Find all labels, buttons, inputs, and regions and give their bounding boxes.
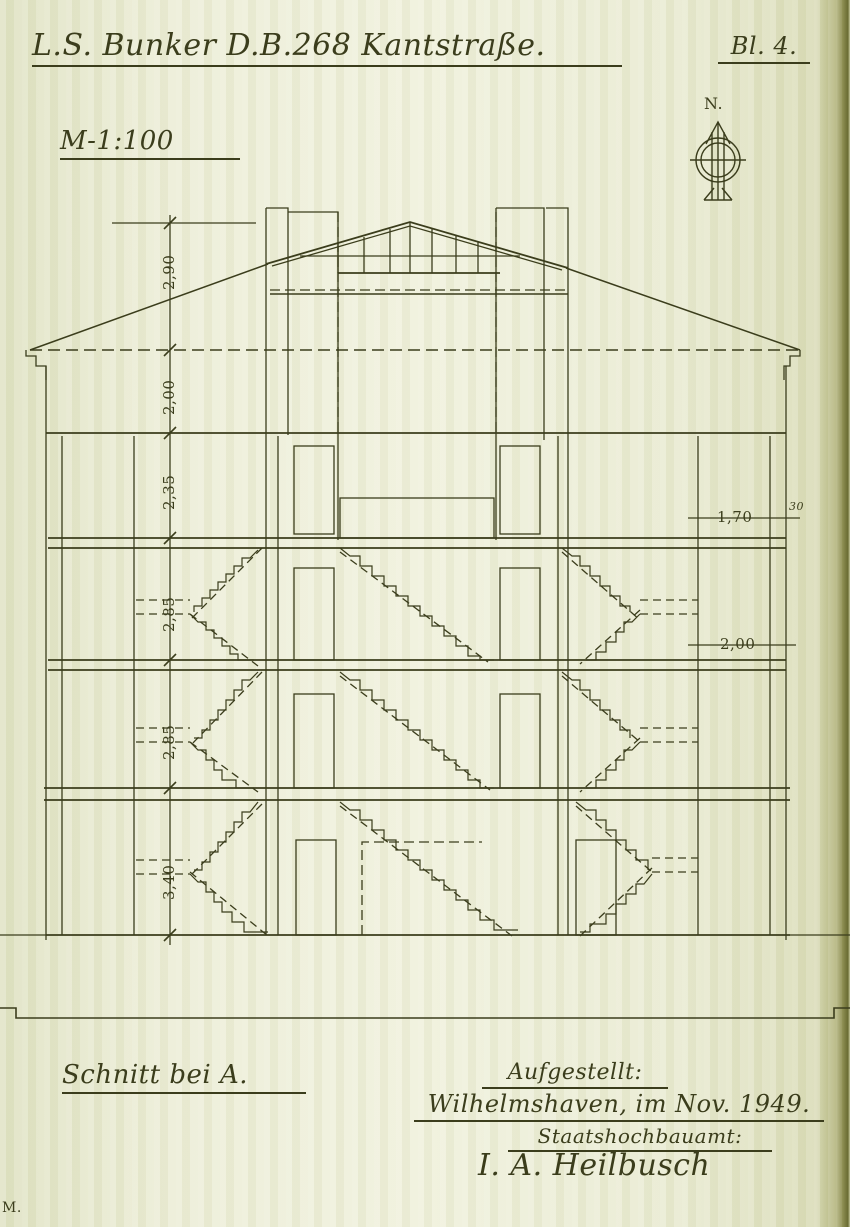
dim-room-200: 2,00 [720, 635, 755, 653]
prepared-label: Aufgestellt: [482, 1060, 668, 1089]
sheet-number: Bl. 4. [718, 32, 810, 64]
section-drawing [0, 195, 850, 1035]
dim-room-170: 1,70 [717, 508, 752, 526]
dim-attic: 2,00 [160, 380, 178, 415]
place-date: Wilhelmshaven, im Nov. 1949. [414, 1090, 824, 1122]
dim-second-floor: 2,85 [160, 725, 178, 760]
section-label: Schnitt bei A. [62, 1060, 306, 1094]
dim-top-floor: 2,35 [160, 475, 178, 510]
corner-mark: M. [2, 1200, 22, 1216]
scale-label: M-1:100 [60, 126, 240, 160]
signature: I. A. Heilbusch [478, 1148, 798, 1183]
dim-wall-30: 30 [789, 500, 804, 513]
north-label: N. [704, 94, 723, 113]
drawing-title: L.S. Bunker D.B.268 Kantstraße. [32, 28, 622, 67]
dim-third-floor: 2,85 [160, 597, 178, 632]
dim-roof: 2,90 [160, 255, 178, 290]
dim-ground-floor: 3,40 [160, 865, 178, 900]
